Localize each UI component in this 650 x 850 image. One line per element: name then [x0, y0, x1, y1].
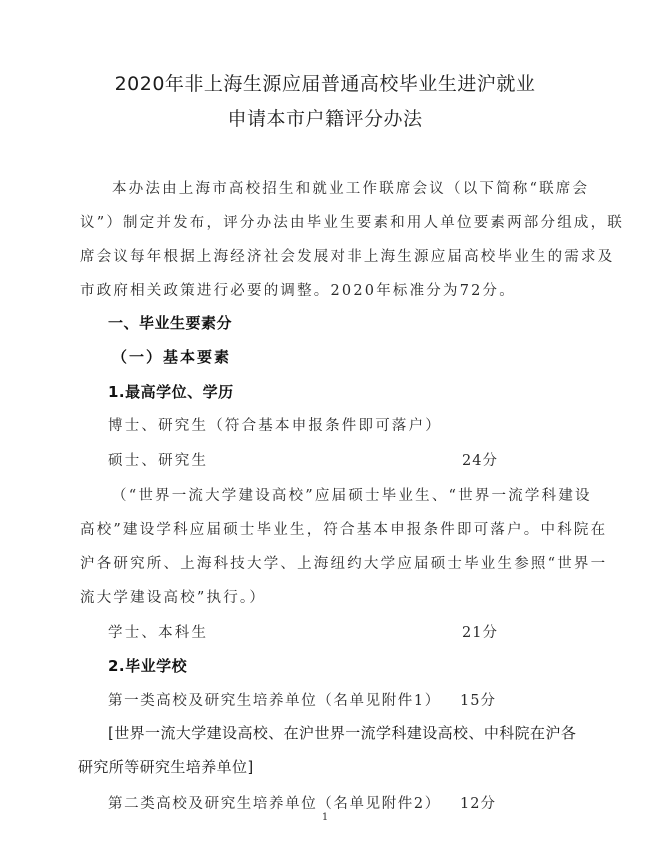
tier1-score: 15分 — [460, 689, 496, 710]
intro-paragraph-line-3: 席会议每年根据上海经济社会发展对非上海生源应届高校毕业生的需求及 — [80, 245, 614, 266]
tier2-label: 第二类高校及研究生培养单位（名单见附件2） — [108, 792, 441, 813]
intro-paragraph-line-4: 市政府相关政策进行必要的调整。2020年标准分为72分。 — [80, 279, 516, 300]
phd-line: 博士、研究生（符合基本申报条件即可落户） — [108, 414, 442, 435]
document-title-line-2: 申请本市户籍评分办法 — [0, 104, 650, 131]
master-note-line-3: 沪各研究所、上海科技大学、上海纽约大学应届硕士毕业生参照“世界一 — [80, 552, 607, 573]
tier1-label: 第一类高校及研究生培养单位（名单见附件1） — [108, 689, 441, 710]
intro-paragraph-line-2: 议”）制定并发布，评分办法由毕业生要素和用人单位要素两部分组成，联 — [80, 211, 624, 232]
document-title-line-1: 2020年非上海生源应届普通高校毕业生进沪就业 — [0, 69, 650, 96]
master-note-line-4: 流大学建设高校”执行。） — [80, 586, 266, 607]
tier2-score: 12分 — [460, 792, 496, 813]
tier1-note-line-2: 研究所等研究生培养单位] — [78, 756, 254, 777]
item-heading-degree: 1.最高学位、学历 — [108, 381, 234, 402]
bachelor-score: 21分 — [462, 621, 498, 642]
bachelor-label: 学士、本科生 — [108, 621, 208, 642]
master-note-line-1: （“世界一流大学建设高校”应届硕士毕业生、“世界一流学科建设 — [112, 484, 592, 505]
item-heading-school: 2.毕业学校 — [108, 655, 187, 676]
intro-paragraph-line-1: 本办法由上海市高校招生和就业工作联席会议（以下简称“联席会 — [112, 177, 589, 198]
section-heading-graduate-factors: 一、毕业生要素分 — [108, 312, 232, 333]
master-label: 硕士、研究生 — [108, 449, 208, 470]
subsection-heading-basic-factors: （一）基本要素 — [112, 346, 231, 367]
page-number: 1 — [0, 812, 650, 823]
master-note-line-2: 高校”建设学科应届硕士毕业生，符合基本申报条件即可落户。中科院在 — [80, 518, 607, 539]
tier1-note-line-1: [世界一流大学建设高校、在沪世界一流学科建设高校、中科院在沪各 — [108, 722, 576, 743]
document-page: 2020年非上海生源应届普通高校毕业生进沪就业 申请本市户籍评分办法 本办法由上… — [0, 0, 650, 850]
master-score: 24分 — [462, 449, 498, 470]
